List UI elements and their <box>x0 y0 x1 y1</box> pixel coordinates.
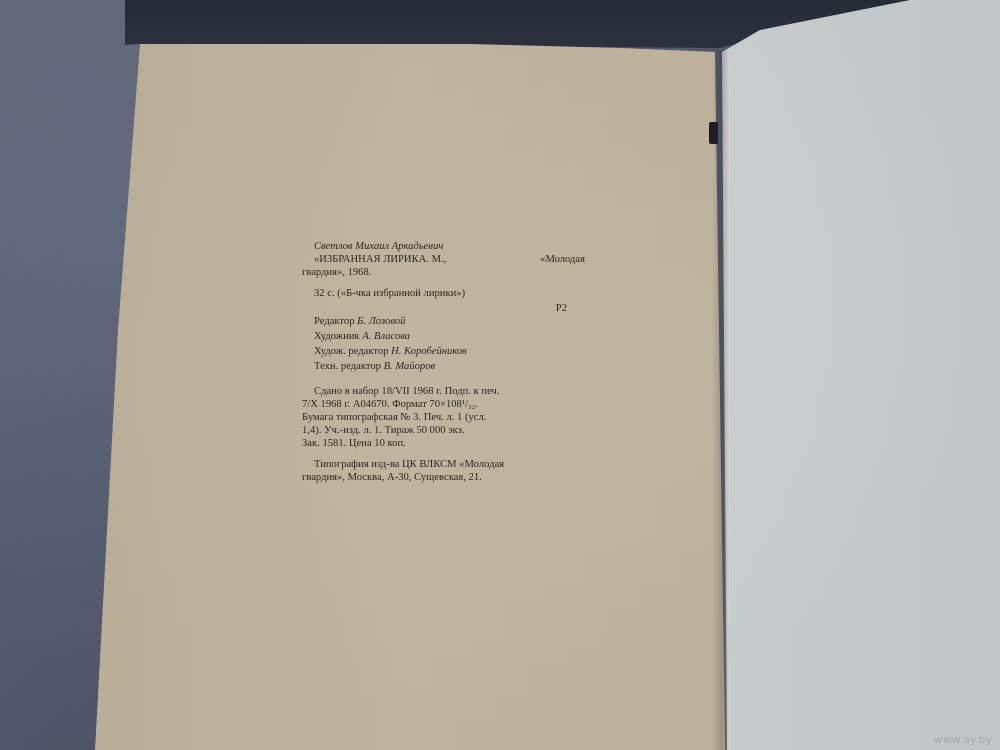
classification-code: Р2 <box>302 302 585 315</box>
publisher-start: «Молодая <box>540 253 585 266</box>
title-text: «ИЗБРАННАЯ ЛИРИКА. М., <box>314 253 446 266</box>
page-tab-mark <box>709 122 718 144</box>
imprint-block: Светлов Михаил Аркадьевич «ИЗБРАННАЯ ЛИР… <box>302 240 585 484</box>
title-line: «ИЗБРАННАЯ ЛИРИКА. М., «Молодая <box>302 253 585 266</box>
printing-line-1: Сдано в набор 18/VII 1968 г. Подп. к печ… <box>302 385 585 398</box>
printing-line-4: 1,4). Уч.-изд. л. 1. Тираж 50 000 экз. <box>302 424 585 437</box>
credit-art-editor: Худож. редактор Н. Коробейников <box>302 345 585 358</box>
credit-artist: Художник А. Власова <box>302 330 585 343</box>
printing-line-5: Зак. 1581. Цена 10 коп. <box>302 437 585 450</box>
printer-line-2: гвардия», Москва, А-30, Сущевская, 21. <box>302 471 585 484</box>
watermark: www.ay.by <box>934 733 992 746</box>
printing-line-2: 7/X 1968 г. А04670. Формат 70×108¹/₃₂. <box>302 398 585 411</box>
author-name: Светлов Михаил Аркадьевич <box>302 240 585 253</box>
printer-line-1: Типография изд-ва ЦК ВЛКСМ «Молодая <box>302 458 585 471</box>
printing-line-3: Бумага типографская № 3. Печ. л. 1 (усл. <box>302 411 585 424</box>
book-spine <box>712 50 730 750</box>
credit-editor: Редактор Б. Лозовой <box>302 315 585 328</box>
credit-tech-editor: Техн. редактор В. Майоров <box>302 360 585 373</box>
publisher-year: гвардия», 1968. <box>302 266 585 279</box>
pages-series: 32 с. («Б-чка избранной лирики») <box>302 287 585 300</box>
